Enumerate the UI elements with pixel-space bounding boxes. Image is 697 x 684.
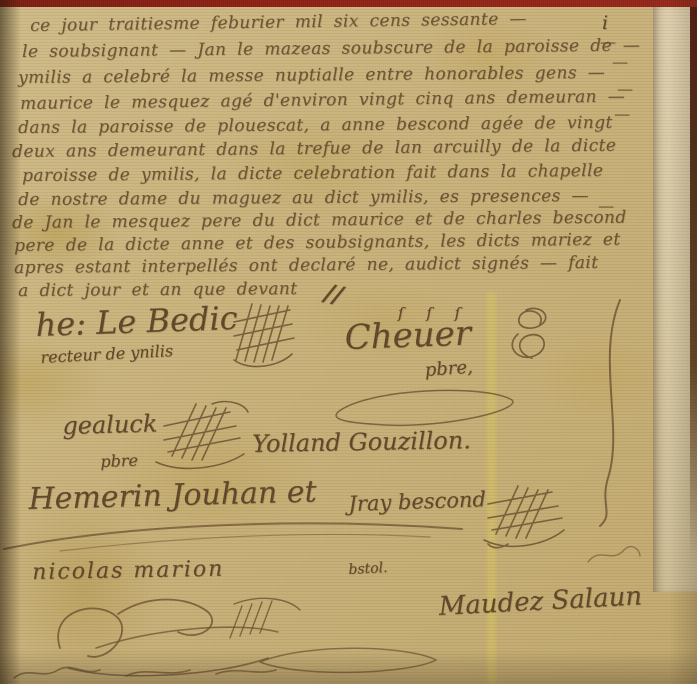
small-scribble-flourish [584,540,644,570]
note-bstol: bstol. [348,560,388,578]
signature-cheuer-title: pbre, [424,357,473,381]
signature-gealuck: gealuck [62,410,158,440]
bottom-cutoff-writing [6,662,326,684]
signature-bescond: Jray bescond [348,487,486,516]
signature-cheuer: Cheuer [344,314,472,358]
record-line: a dict jour et an que devant [18,279,297,301]
cheuer-underline-flourish [326,382,526,430]
paraph-grid-flourish [152,398,252,470]
page-number-mark: i [602,12,608,34]
paraph-grid-flourish [228,300,300,366]
signature-marion: nicolas marion [32,557,225,585]
signature-le-bedic: he: Le Bedic [35,299,238,344]
signature-gouzillon: Yolland Gouzillon. [252,426,471,458]
manuscript-photo: i — — — — — ce jour traitiesme feburier … [0,0,697,684]
right-bracket-flourish [588,298,632,530]
margin-dash: — [614,104,630,123]
signature-gealuck-title: pbre [100,451,138,471]
record-line: de nostre dame du maguez au dict ymilis,… [18,186,589,210]
photo-right-shadow [690,0,697,560]
photo-frame-top [0,0,697,7]
paraph-grid-flourish [478,478,568,550]
jouhan-underline-flourish [0,515,470,555]
paraph-knot-flourish [496,304,558,372]
